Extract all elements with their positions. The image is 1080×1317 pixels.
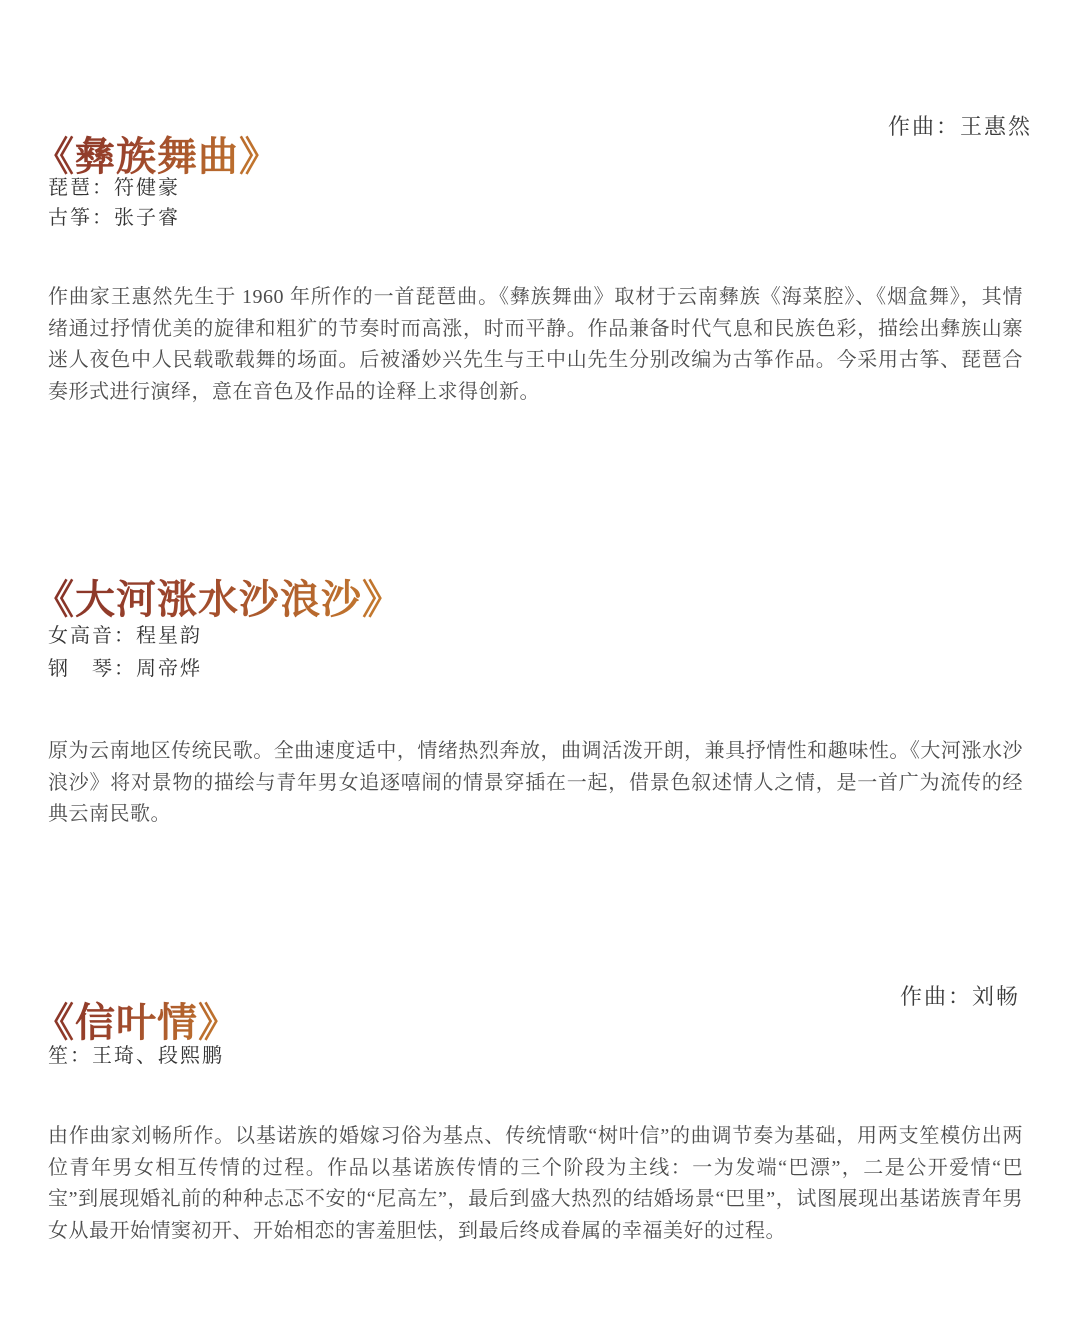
performer-credits: 女高音：程星韵 钢 琴：周帝烨 xyxy=(48,620,202,686)
composer-credit: 作曲：刘畅 xyxy=(840,980,1080,1011)
composer-credit: 作曲：王惠然 xyxy=(840,110,1080,141)
piece-title: 《信叶情》 xyxy=(34,991,239,1048)
piece-description: 原为云南地区传统民歌。全曲速度适中，情绪热烈奔放，曲调活泼开朗，兼具抒情性和趣味… xyxy=(48,736,1023,831)
performer-credits: 笙：王琦、段熙鹏 xyxy=(48,1041,224,1071)
program-page: 《彝族舞曲》 作曲：王惠然 琵琶：符健豪 古筝：张子睿 作曲家王惠然先生于 19… xyxy=(0,0,1080,1317)
performer-line: 琵琶：符健豪 xyxy=(48,173,180,203)
piece-description: 由作曲家刘畅所作。以基诺族的婚嫁习俗为基点、传统情歌“树叶信”的曲调节奏为基础，… xyxy=(48,1121,1023,1247)
performer-line: 笙：王琦、段熙鹏 xyxy=(48,1041,224,1071)
piece-title: 《大河涨水沙浪沙》 xyxy=(34,568,403,625)
performer-line: 女高音：程星韵 xyxy=(48,620,202,653)
performer-line: 钢 琴：周帝烨 xyxy=(48,653,202,686)
performer-credits: 琵琶：符健豪 古筝：张子睿 xyxy=(48,173,180,233)
piece-description: 作曲家王惠然先生于 1960 年所作的一首琵琶曲。《彝族舞曲》取材于云南彝族《海… xyxy=(48,282,1023,408)
performer-line: 古筝：张子睿 xyxy=(48,203,180,233)
